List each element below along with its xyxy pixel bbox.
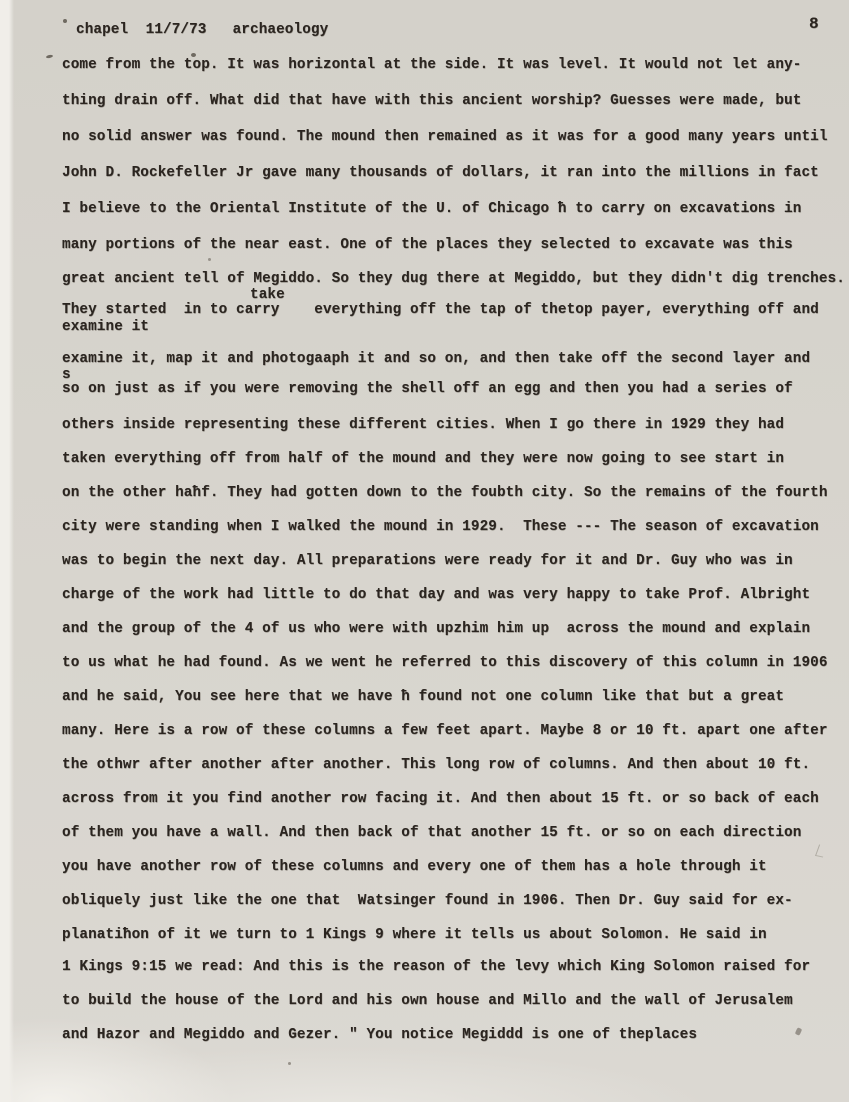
text-line: many portions of the near east. One of t… <box>62 236 793 254</box>
text-line: on the other haħf. They had gotten down … <box>62 484 828 502</box>
page-number: 8 <box>809 15 819 33</box>
text-line: city were standing when I walked the mou… <box>62 518 819 536</box>
text-line: John D. Rockefeller Jr gave many thousan… <box>62 164 819 182</box>
text-line: of them you have a wall. And then back o… <box>62 824 801 842</box>
scanned-typewritten-page: chapel 11/7/73 archaeology 8 come from t… <box>0 0 849 1102</box>
text-line: and he said, You see here that we have ħ… <box>62 688 784 706</box>
text-line: I believe to the Oriental Institute of t… <box>62 200 801 218</box>
text-line: examine it <box>62 318 149 336</box>
text-line: the othwr after another after another. T… <box>62 756 810 774</box>
scan-speck <box>208 258 211 261</box>
text-line: taken everything off from half of the mo… <box>62 450 784 468</box>
text-line: to build the house of the Lord and his o… <box>62 992 793 1010</box>
text-line: no solid answer was found. The mound the… <box>62 128 828 146</box>
text-line: so on just as if you were removing the s… <box>62 380 793 398</box>
text-line: planatiħon of it we turn to 1 Kings 9 wh… <box>62 926 767 944</box>
text-line: across from it you find another row faci… <box>62 790 819 808</box>
text-line: great ancient tell of Megiddo. So they d… <box>62 270 845 288</box>
scan-speck <box>63 19 67 23</box>
scan-speck <box>288 1062 291 1065</box>
header-line: chapel 11/7/73 archaeology <box>76 21 328 39</box>
text-line: and the group of the 4 of us who were wi… <box>62 620 810 638</box>
text-line: thing drain off. What did that have with… <box>62 92 801 110</box>
text-line: charge of the work had little to do that… <box>62 586 810 604</box>
text-line: 1 Kings 9:15 we read: And this is the re… <box>62 958 810 976</box>
text-line: and Hazor and Megiddo and Gezer. " You n… <box>62 1026 697 1044</box>
text-line: others inside representing these differe… <box>62 416 784 434</box>
text-line: examine it, map it and photogaaph it and… <box>62 350 810 368</box>
text-line: to us what he had found. As we went he r… <box>62 654 828 672</box>
scan-speck <box>795 1027 802 1035</box>
scan-speck <box>191 53 196 57</box>
text-line: They started in to carry everything off … <box>62 301 819 319</box>
scan-speck <box>46 54 53 58</box>
text-line: you have another row of these columns an… <box>62 858 767 876</box>
text-line: obliquely just like the one that Watsing… <box>62 892 793 910</box>
pencil-smudge <box>815 844 827 857</box>
text-line: was to begin the next day. All preparati… <box>62 552 793 570</box>
text-line: come from the top. It was horizontal at … <box>62 56 801 74</box>
text-line: many. Here is a row of these columns a f… <box>62 722 828 740</box>
